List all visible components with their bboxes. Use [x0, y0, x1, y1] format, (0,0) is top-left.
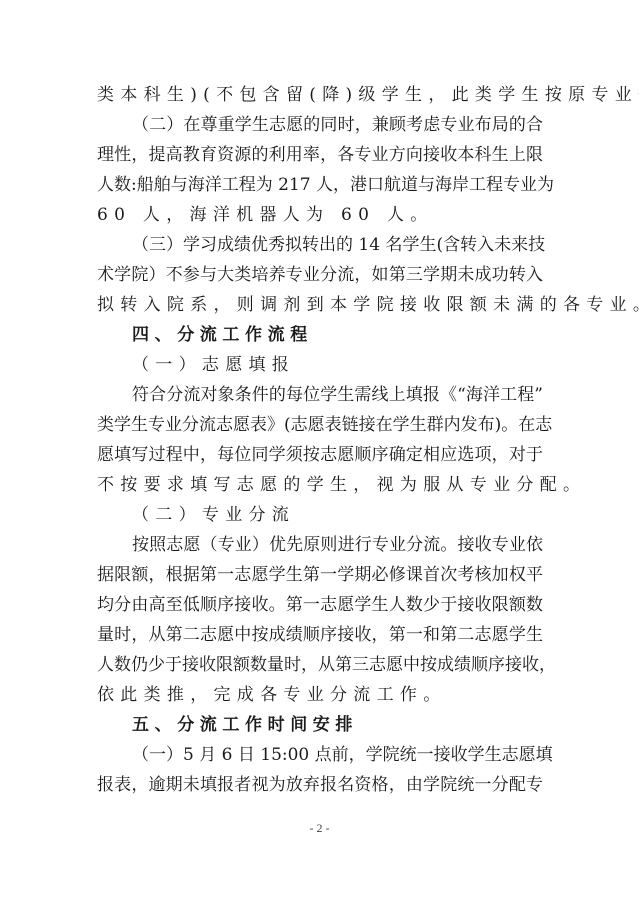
text-line: 报表，逾期未填报者视为放弃报名资格，由学院统一分配专 — [97, 770, 543, 800]
text-line: （一）5 月 6 日 15:00 点前，学院统一接收学生志愿填 — [97, 740, 543, 770]
text-line: 据限额，根据第一志愿学生第一学期必修课首次考核加权平 — [97, 560, 543, 590]
text-line: 类学生专业分流志愿表》(志愿表链接在学生群内发布)。在志 — [97, 410, 543, 440]
document-page: 类本科生)(不包含留(降)级学生，此类学生按原专业分流)。 （二）在尊重学生志愿… — [0, 0, 639, 904]
subsection-heading: （一）志愿填报 — [97, 350, 543, 380]
text-line: 60 人，海洋机器人为 60 人。 — [97, 200, 543, 230]
text-line: 术学院）不参与大类培养专业分流，如第三学期未成功转入 — [97, 260, 543, 290]
text-line: 愿填写过程中，每位同学须按志愿顺序确定相应选项，对于 — [97, 440, 543, 470]
document-body: 类本科生)(不包含留(降)级学生，此类学生按原专业分流)。 （二）在尊重学生志愿… — [97, 80, 543, 800]
text-line: （三）学习成绩优秀拟转出的 14 名学生(含转入未来技 — [97, 230, 543, 260]
text-line: 按照志愿（专业）优先原则进行专业分流。接收专业依 — [97, 530, 543, 560]
text-line: 符合分流对象条件的每位学生需线上填报《“海洋工程” — [97, 380, 543, 410]
text-line: 不按要求填写志愿的学生，视为服从专业分配。 — [97, 470, 543, 500]
text-line: 量时，从第二志愿中按成绩顺序接收，第一和第二志愿学生 — [97, 620, 543, 650]
text-line: 人数仍少于接收限额数量时，从第三志愿中按成绩顺序接收， — [97, 650, 543, 680]
subsection-heading: （二）专业分流 — [97, 500, 543, 530]
page-number: - 2 - — [0, 821, 639, 836]
text-line: 理性，提高教育资源的利用率，各专业方向接收本科生上限 — [97, 140, 543, 170]
text-line: 均分由高至低顺序接收。第一志愿学生人数少于接收限额数 — [97, 590, 543, 620]
text-line: （二）在尊重学生志愿的同时，兼顾考虑专业布局的合 — [97, 110, 543, 140]
text-line: 类本科生)(不包含留(降)级学生，此类学生按原专业分流)。 — [97, 80, 543, 110]
section-heading: 五、分流工作时间安排 — [97, 710, 543, 740]
text-line: 人数:船舶与海洋工程为 217 人，港口航道与海岸工程专业为 — [97, 170, 543, 200]
text-line: 拟转入院系，则调剂到本学院接收限额未满的各专业。 — [97, 290, 543, 320]
text-line: 依此类推，完成各专业分流工作。 — [97, 680, 543, 710]
section-heading: 四、分流工作流程 — [97, 320, 543, 350]
